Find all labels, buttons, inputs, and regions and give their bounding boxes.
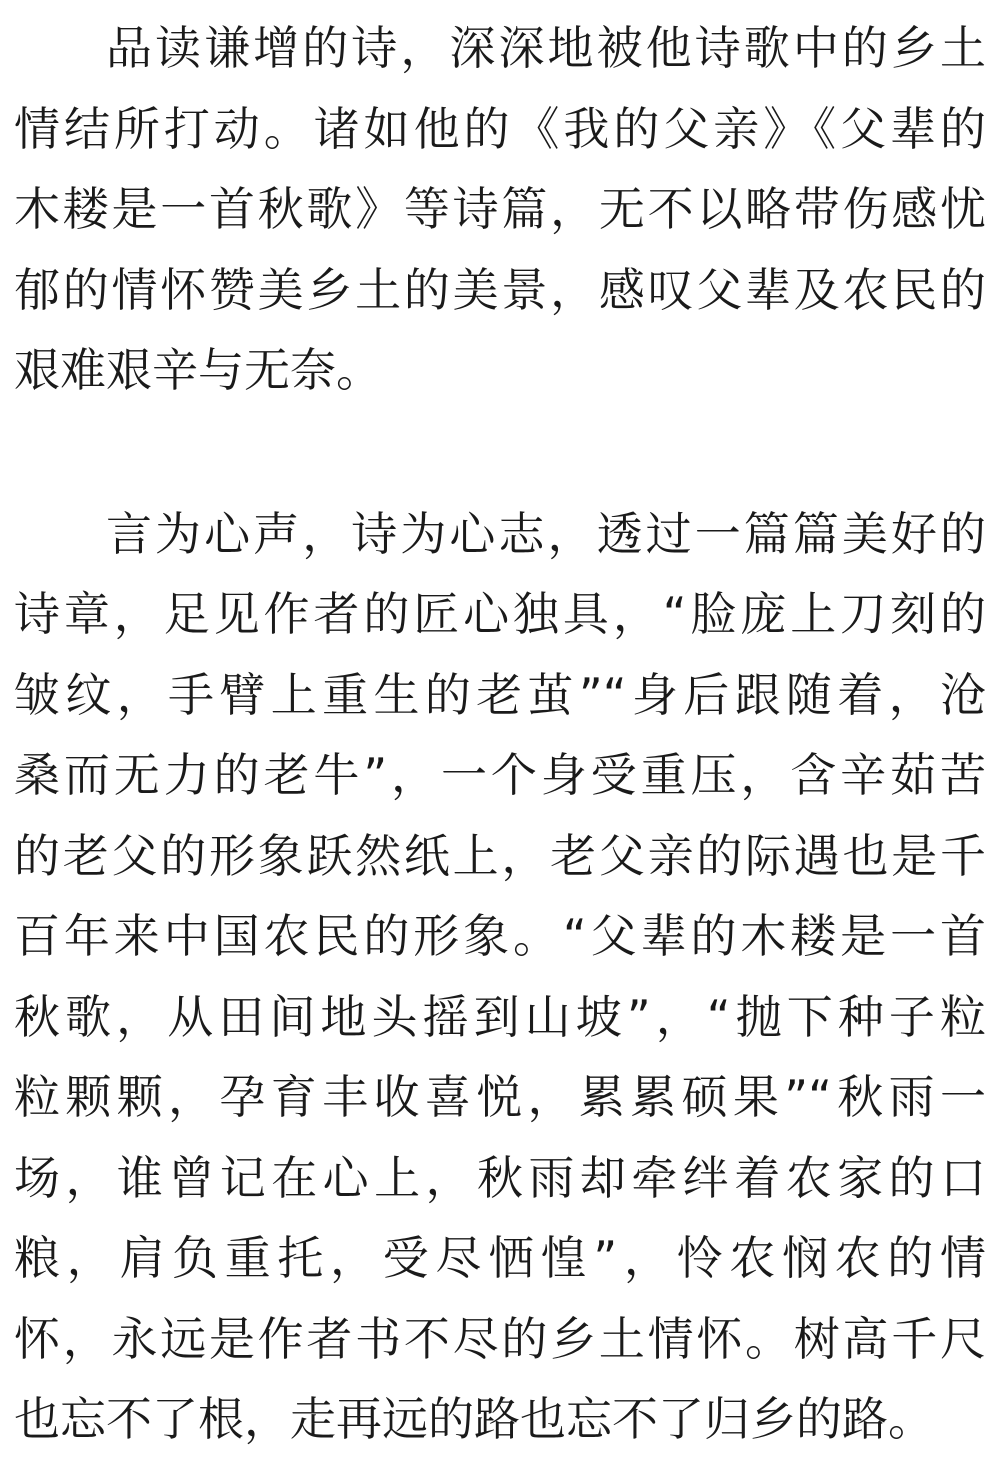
- article-body: 品读谦增的诗，深深地被他诗歌中的乡土 情结所打动。诸如他的《我的父亲》《父辈的 …: [14, 8, 986, 1460]
- paragraph-2-line-9: 场，谁曾记在心上，秋雨却牵绊着农家的口: [14, 1138, 986, 1219]
- paragraph-1-line-4: 郁的情怀赞美乡土的美景，感叹父辈及农民的: [14, 250, 986, 331]
- paragraph-2-line-10: 粮，肩负重托，受尽恓惶”，怜农悯农的情: [14, 1218, 986, 1299]
- paragraph-2-line-5: 的老父的形象跃然纸上，老父亲的际遇也是千: [14, 816, 986, 897]
- paragraph-2-line-11: 怀，永远是作者书不尽的乡土情怀。树高千尺: [14, 1299, 986, 1380]
- paragraph-2-line-1: 言为心声，诗为心志，透过一篇篇美好的: [14, 494, 986, 575]
- paragraph-1-line-2: 情结所打动。诸如他的《我的父亲》《父辈的: [14, 89, 986, 170]
- paragraph-2-line-2: 诗章，足见作者的匠心独具，“脸庞上刀刻的: [14, 574, 986, 655]
- paragraph-2-line-4: 桑而无力的老牛”，一个身受重压，含辛茹苦: [14, 735, 986, 816]
- paragraph-2-line-7: 秋歌，从田间地头摇到山坡”，“抛下种子粒: [14, 977, 986, 1058]
- paragraph-2-line-8: 粒颗颗，孕育丰收喜悦，累累硕果”“秋雨一: [14, 1057, 986, 1138]
- paragraph-1: 品读谦增的诗，深深地被他诗歌中的乡土 情结所打动。诸如他的《我的父亲》《父辈的 …: [14, 8, 986, 411]
- paragraph-2: 言为心声，诗为心志，透过一篇篇美好的 诗章，足见作者的匠心独具，“脸庞上刀刻的 …: [14, 494, 986, 1460]
- paragraph-2-line-6: 百年来中国农民的形象。“父辈的木耧是一首: [14, 896, 986, 977]
- paragraph-1-line-1: 品读谦增的诗，深深地被他诗歌中的乡土: [14, 8, 986, 89]
- paragraph-1-line-5: 艰难艰辛与无奈。: [14, 330, 986, 411]
- paragraph-1-line-3: 木耧是一首秋歌》等诗篇，无不以略带伤感忧: [14, 169, 986, 250]
- paragraph-2-line-12: 也忘不了根，走再远的路也忘不了归乡的路。: [14, 1379, 986, 1460]
- paragraph-2-line-3: 皱纹，手臂上重生的老茧”“身后跟随着，沧: [14, 655, 986, 736]
